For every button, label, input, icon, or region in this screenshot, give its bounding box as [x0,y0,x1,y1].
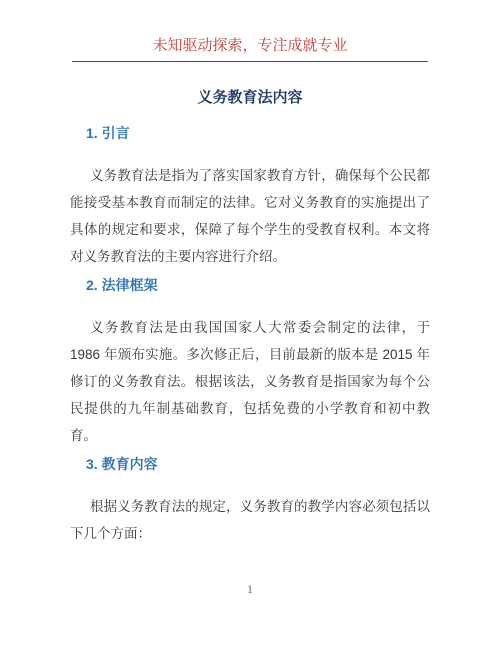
header-slogan: 未知驱动探索，专注成就专业 [0,0,500,57]
page-title: 义务教育法内容 [0,87,500,108]
document-body: 1. 引言 义务教育法是指为了落实国家教育方针，确保每个公民都能接受基本教育而制… [70,123,430,547]
page-number: 1 [0,582,500,597]
section-heading: 3. 教育内容 [86,454,430,474]
document-page: 未知驱动探索，专注成就专业 义务教育法内容 1. 引言 义务教育法是指为了落实国… [0,0,500,647]
section-heading: 1. 引言 [86,123,430,143]
header-divider [72,61,428,62]
section-education-content: 3. 教育内容 根据义务教育法的规定，义务教育的教学内容必须包括以下几个方面： [70,454,430,547]
section-paragraph: 根据义务教育法的规定，义务教育的教学内容必须包括以下几个方面： [70,493,430,547]
section-paragraph: 义务教育法是由我国国家人大常委会制定的法律，于 1986 年颁布实施。多次修正后… [70,314,430,449]
section-legal-framework: 2. 法律框架 义务教育法是由我国国家人大常委会制定的法律，于 1986 年颁布… [70,275,430,449]
section-heading: 2. 法律框架 [86,275,430,295]
section-paragraph: 义务教育法是指为了落实国家教育方针，确保每个公民都能接受基本教育而制定的法律。它… [70,162,430,270]
section-introduction: 1. 引言 义务教育法是指为了落实国家教育方针，确保每个公民都能接受基本教育而制… [70,123,430,270]
